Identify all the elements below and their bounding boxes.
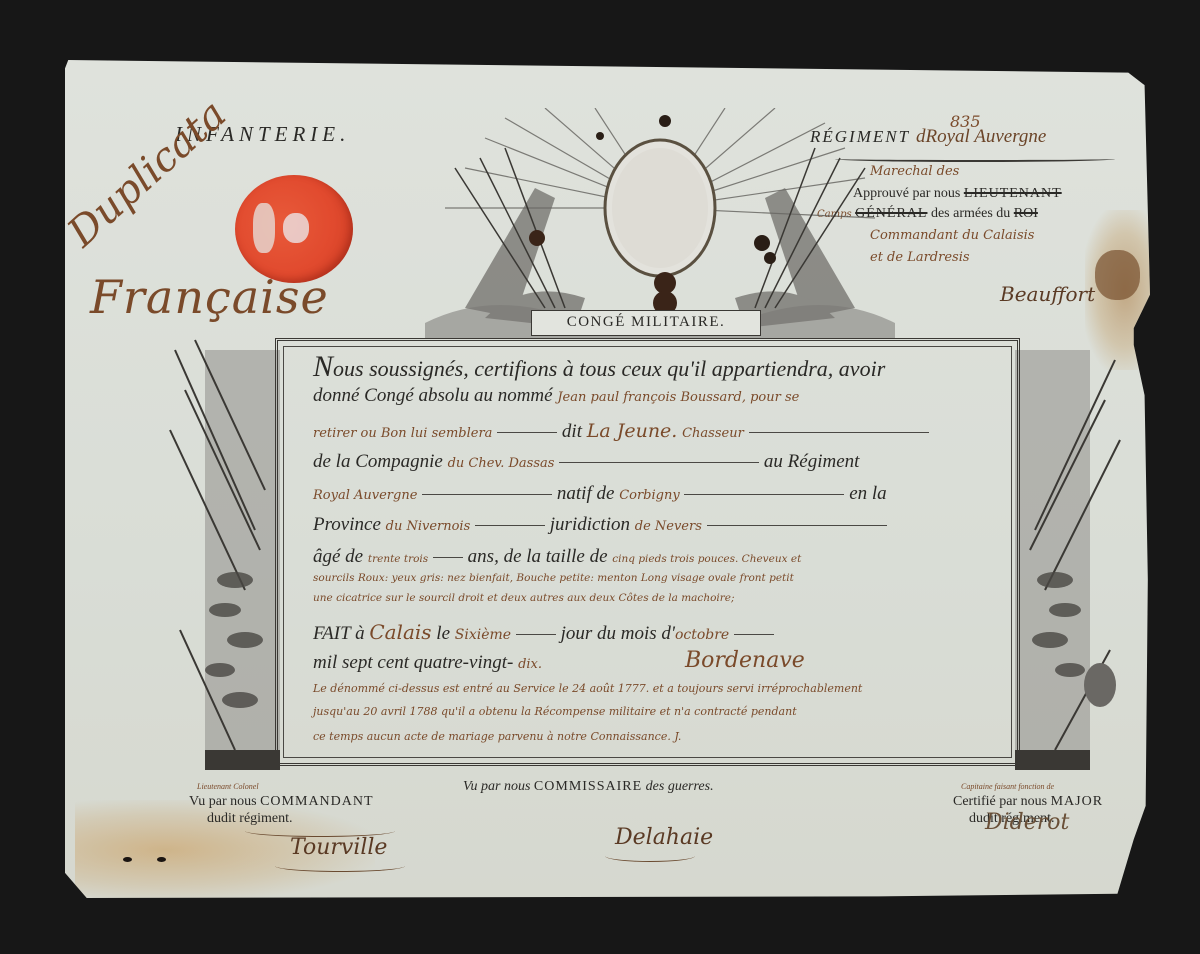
paper-hole (157, 857, 166, 862)
paper-hole (123, 857, 132, 862)
soldier-name: Jean paul françois Boussard, pour se (557, 390, 799, 405)
body-line-1: Nous soussignés, certifions à tous ceux … (313, 350, 885, 384)
day-issued: Sixième (455, 627, 511, 643)
age: trente trois (368, 553, 428, 565)
commissaire-attestation: Vu par nous COMMISSAIRE des guerres. (463, 778, 714, 795)
conge-militaire-label: CONGÉ MILITAIRE. (531, 310, 761, 336)
beauffort-signature: Beauffort (1000, 282, 1095, 306)
scars-description: une cicatrice sur le sourcil droit et de… (313, 592, 735, 604)
tourville-signature: Tourville (290, 835, 387, 860)
year-issued: dix. (518, 657, 542, 672)
birthplace: Corbigny (619, 488, 680, 503)
rank: Chasseur (682, 426, 744, 441)
month-issued: octobre (675, 627, 729, 643)
bordenave-signature: Bordenave (685, 648, 805, 673)
body-line-10: FAIT à Calais le Sixième jour du mois d'… (313, 620, 774, 645)
delahaie-signature: Delahaie (615, 825, 713, 850)
body-line-7: âgé de trente trois ans, de la taille de… (313, 546, 801, 568)
duplicata-annotation: Duplicata (59, 91, 235, 256)
height-description: cinq pieds trois pouces. Cheveux et (612, 553, 801, 565)
regiment-name: dRoyal Auvergne (916, 126, 1046, 147)
place-issued: Calais (369, 620, 431, 644)
service-note-3: ce temps aucun acte de mariage parvenu à… (313, 730, 681, 743)
struck-roi: ROI (1014, 206, 1038, 221)
jurisdiction: de Nevers (635, 519, 702, 534)
struck-lieutenant: LIEUTENANT (964, 186, 1062, 201)
body-line-6: Province du Nivernois juridiction de Nev… (313, 514, 887, 536)
ink-blot (1095, 250, 1140, 300)
red-wax-seal (235, 175, 353, 283)
body-line-2: donné Congé absolu au nommé Jean paul fr… (313, 385, 799, 407)
company-name: du Chev. Dassas (448, 456, 555, 471)
armees-text: des armées du (931, 206, 1010, 221)
body-line-3: retirer ou Bon lui semblera dit La Jeune… (313, 420, 929, 443)
physical-description: sourcils Roux: yeux gris: nez bienfait, … (313, 572, 794, 584)
body-line-11: mil sept cent quatre-vingt- dix. (313, 652, 542, 674)
ram-head (1084, 663, 1116, 707)
service-note-2: jusqu'au 20 avril 1788 qu'il a obtenu la… (313, 705, 797, 718)
certificate-paper: INFANTERIE. Duplicata Française 835 RÉGI… (65, 60, 1150, 898)
signature-flourish (605, 850, 695, 862)
nom-de-guerre: La Jeune. (587, 420, 678, 442)
left-trophy-engraving (165, 330, 280, 770)
diderot-signature: Diderot (985, 810, 1069, 835)
body-line-9: une cicatrice sur le sourcil droit et de… (313, 588, 735, 606)
signature-flourish (275, 860, 405, 872)
royal-arms-engraving (425, 108, 895, 338)
commandant-attestation: Lieutenant Colonel Vu par nous COMMANDAN… (189, 778, 374, 827)
body-line-5: Royal Auvergne natif de Corbigny en la (313, 483, 887, 505)
regiment-hand: Royal Auvergne (313, 488, 417, 503)
right-trophy-engraving (1015, 330, 1125, 770)
francaise-annotation: Française (90, 270, 329, 324)
body-line-4: de la Compagnie du Chev. Dassas au Régim… (313, 451, 859, 473)
province: du Nivernois (386, 519, 471, 534)
signature-flourish (245, 825, 395, 837)
service-note-1: Le dénommé ci-dessus est entré au Servic… (313, 682, 862, 695)
body-line-8: sourcils Roux: yeux gris: nez bienfait, … (313, 568, 794, 586)
